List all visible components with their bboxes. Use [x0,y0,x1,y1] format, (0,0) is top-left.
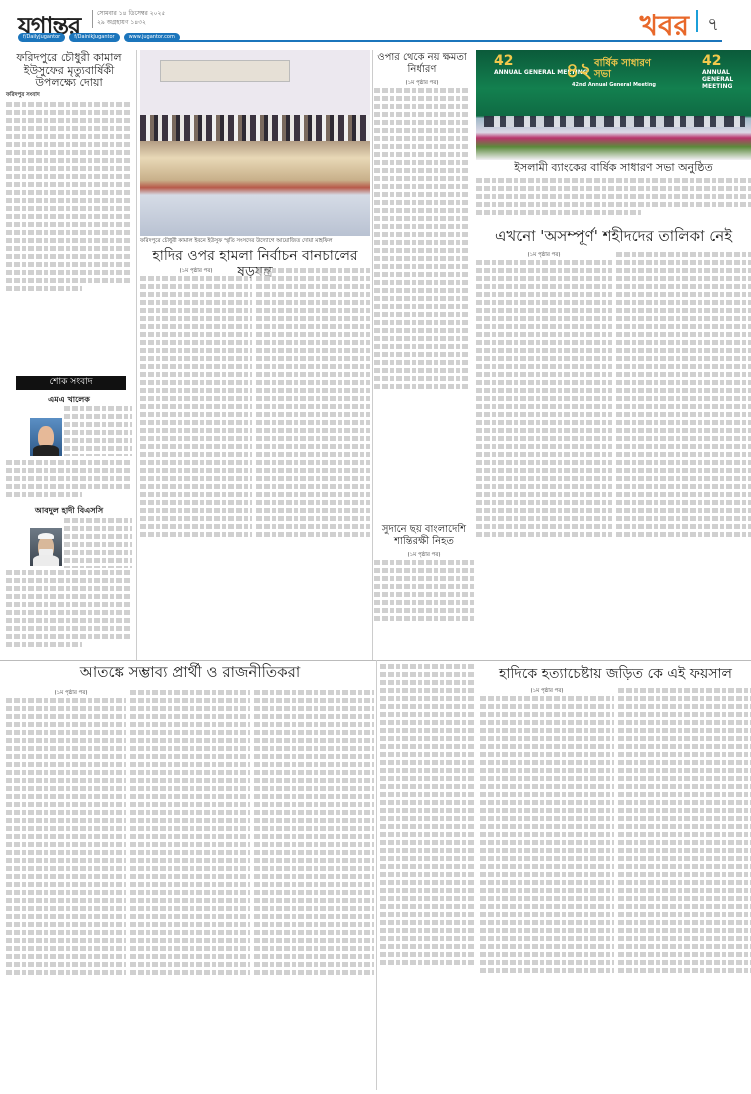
shahid-list-headline: এখনো 'অসম্পূর্ণ' শহীদদের তালিকা নেই [476,228,751,245]
sudan-body-continued [380,664,476,1090]
shahid-list-body-col1 [476,260,612,656]
faridpur-photo-caption: ফরিদপুরে চৌধুরী কামাল ইবনে ইউসুফ স্মৃতি … [140,238,370,246]
logo-divider [92,10,93,28]
hadi-attack-continued: (১ম পৃষ্ঠার পর) [140,268,252,276]
obituary-section-label: শোক সংবাদ [16,376,126,390]
obituary-name-2: আবদুল হাদী বিএসসি [6,506,132,515]
header-rule [150,40,722,42]
agm-bn-title: বার্ষিক সাধারণ সভা [594,58,664,80]
column-divider [136,50,137,660]
date-bengali: ২৯ অগ্রহায়ণ ১৪৩২ [97,18,165,27]
hadi-attack-body-col1 [140,276,252,656]
page-number: ৭ [707,10,719,41]
faisal-headline: হাদিকে হত্যাচেষ্টায় জড়িত কে এই ফয়সাল [480,666,751,682]
publication-date: সোমবার ১৪ ডিসেম্বর ২০২৫ ২৯ অগ্রহায়ণ ১৪৩… [97,9,165,27]
hadi-attack-body-col2 [256,268,370,656]
column-divider [372,50,373,660]
islami-bank-body [476,178,751,222]
agm-right-banner: 42 ANNUAL GENERAL MEETING [702,54,751,90]
candidates-continued: (১ম পৃষ্ঠার পর) [6,690,136,698]
section-divider [696,10,698,32]
faisal-body-col2 [618,688,751,1090]
facebook-link-dainik[interactable]: f/DainikJugantor [69,33,119,42]
faridpur-headline: ফরিদপুরে চৌধুরী কামাল ইউসুফের মৃত্যুবার্… [6,52,132,90]
faridpur-event-photo [140,50,370,236]
candidates-body-col3 [254,690,374,1090]
obituary-photo-2 [30,528,62,566]
facebook-link-daily[interactable]: f/DailyJugantor [18,33,65,42]
islami-bank-headline: ইসলামী ব্যাংকের বার্ষিক সাধারণ সভা অনুষ্… [476,162,751,175]
shahid-list-continued: (১ম পৃষ্ঠার পর) [476,252,612,260]
sudan-body [374,560,474,656]
sudan-continued: (১ম পৃষ্ঠার পর) [374,552,474,560]
obituary-body-2b [6,570,132,660]
obituary-body-2a [64,518,132,568]
upar-headline: ওপার থেকে নয় ক্ষমতা নির্ধারণ [374,52,470,75]
faisal-body-col1 [480,696,614,1090]
candidates-body-col1 [6,698,126,1090]
shahid-list-body-col2 [616,252,751,656]
obituary-name-1: এমএ খালেক [6,395,132,404]
upar-body [374,88,470,516]
faridpur-byline: ফরিদপুর সংবাদ [6,92,40,100]
obituary-body-1a [64,406,132,456]
candidates-headline: আতঙ্কে সম্ভাব্য প্রার্থী ও রাজনীতিকরা [0,664,380,681]
newspaper-logo: যুগান্তর [18,8,80,48]
masthead: যুগান্তর সোমবার ১৪ ডিসেম্বর ২০২৫ ২৯ অগ্র… [0,0,751,46]
agm-en-title: 42nd Annual General Meeting [572,82,656,88]
sudan-headline: সুদানে ছয় বাংলাদেশি শান্তিরক্ষী নিহত [374,524,474,547]
candidates-body-col2 [130,690,250,1090]
date-gregorian: সোমবার ১৪ ডিসেম্বর ২০২৫ [97,9,165,18]
islami-bank-agm-photo: 42 ANNUAL GENERAL MEETING ৪২ বার্ষিক সাধ… [476,50,751,160]
upar-continued: (১ম পৃষ্ঠার পর) [374,80,470,88]
faisal-continued: (১ম পৃষ্ঠার পর) [480,688,614,696]
column-divider [376,660,377,1090]
section-title: খবর [640,4,689,51]
obituary-body-1b [6,460,132,504]
faridpur-body [6,102,132,370]
obituary-photo-1 [30,418,62,456]
